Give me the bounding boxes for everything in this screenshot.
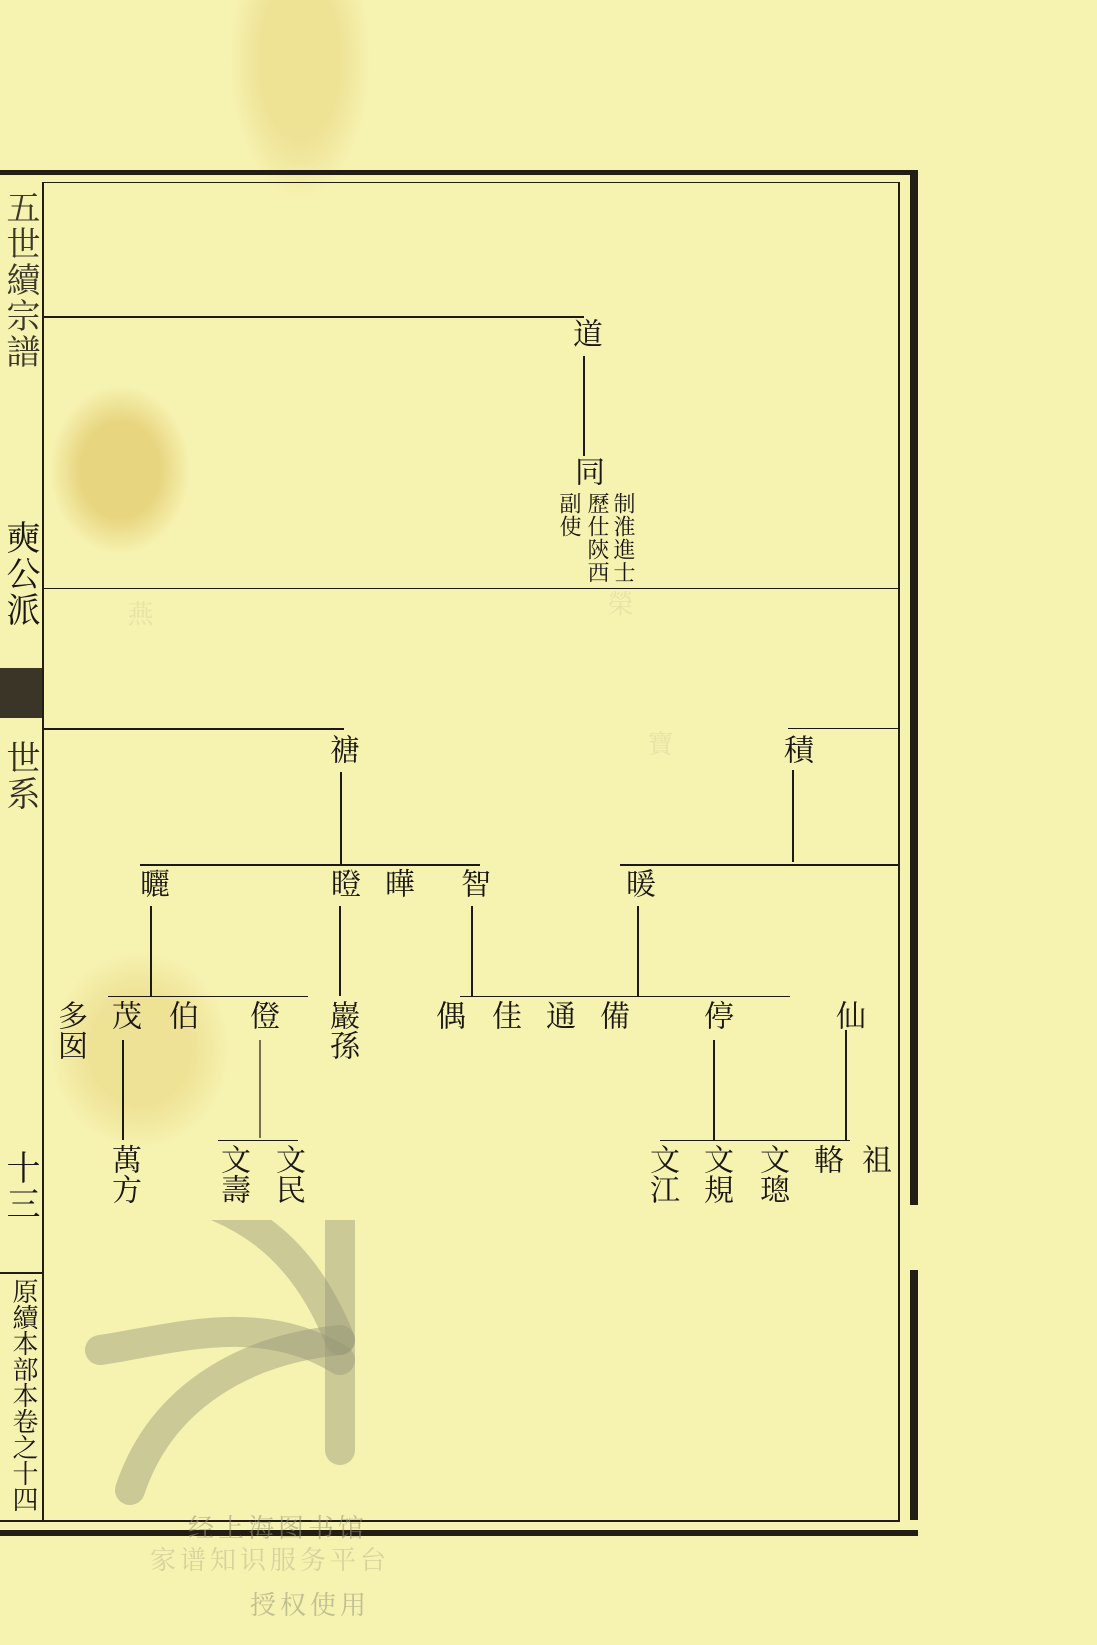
person-dao: 道 xyxy=(567,318,601,348)
frame-inner-bottom xyxy=(0,1520,900,1522)
person-tang: 禟 xyxy=(324,734,358,764)
person-deng: 瞪 xyxy=(325,868,359,898)
bleed-through-glyph: 榮 xyxy=(600,590,637,616)
link-shai xyxy=(150,906,152,996)
frame-inner-right xyxy=(898,182,900,1522)
person-wenmin: 文民 xyxy=(270,1144,304,1204)
gen3-bar-right xyxy=(788,728,898,729)
scanned-page: 五世續宗譜 奭公派 世系 十三 原續本部本卷之十四 燕 榮 寶 道 同 副使 歷… xyxy=(0,0,1097,1645)
link-xian xyxy=(845,1030,847,1140)
person-deng2: 僜 xyxy=(244,1000,278,1030)
link-deng xyxy=(339,906,341,996)
row-divider-1 xyxy=(44,588,900,589)
person-bei: 備 xyxy=(594,1000,628,1030)
person-zhi: 智 xyxy=(455,868,489,898)
gen6-bar-right xyxy=(660,1140,850,1141)
frame-outer-right-lower xyxy=(910,1270,918,1520)
watermark-line3: 授权使用 xyxy=(250,1585,370,1622)
link-ji xyxy=(792,770,794,862)
frame-outer-right xyxy=(910,170,918,1205)
person-ji: 積 xyxy=(778,734,812,764)
link-zhi xyxy=(471,906,473,996)
person-ye: 曄 xyxy=(379,868,413,898)
spine-branch: 奭公派 xyxy=(2,520,38,640)
person-wenshou: 文壽 xyxy=(215,1144,249,1204)
spine-fishtail-block xyxy=(0,668,42,718)
note-tong-1: 副使 xyxy=(556,492,580,538)
person-yansun: 巖孫 xyxy=(324,1000,358,1060)
spine-page-label: 十三 xyxy=(2,1150,38,1230)
gen3-bar-left xyxy=(44,728,344,730)
note-tong-2: 歷仕陝西 xyxy=(584,492,608,584)
watermark-line2: 家谱知识服务平台 xyxy=(150,1540,390,1577)
person-ting: 停 xyxy=(698,1000,732,1030)
link-deng2 xyxy=(259,1040,261,1138)
person-wanfang: 萬方 xyxy=(106,1144,140,1204)
bleed-through-glyph: 寶 xyxy=(640,730,677,756)
gen6-bar-left xyxy=(218,1140,298,1141)
link-dao-tong xyxy=(583,356,585,456)
link-tang xyxy=(340,772,342,864)
person-mao: 茂 xyxy=(106,1000,140,1030)
person-tong: 同 xyxy=(569,456,603,486)
person-zu: 祖 xyxy=(856,1144,890,1174)
library-logo-watermark-icon xyxy=(40,1220,420,1520)
person-duonan: 多囡 xyxy=(52,1000,86,1060)
person-lu: 輅 xyxy=(808,1144,842,1174)
gen5-bar-right xyxy=(460,996,790,997)
person-bo: 伯 xyxy=(163,1000,197,1030)
person-shai: 曬 xyxy=(134,868,168,898)
gen1-bar xyxy=(44,316,584,318)
person-xian: 仙 xyxy=(830,1000,864,1030)
spine-section: 世系 xyxy=(2,740,38,880)
person-ou: 偶 xyxy=(430,1000,464,1030)
link-nuan xyxy=(637,906,639,996)
person-nuan: 暖 xyxy=(620,868,654,898)
spine-divider xyxy=(0,1272,42,1274)
link-ting xyxy=(713,1040,715,1140)
person-tong2: 通 xyxy=(540,1000,574,1030)
frame-inner-top xyxy=(44,182,900,183)
gen5-bar-left xyxy=(108,996,308,997)
note-tong-3: 制淮進士 xyxy=(610,492,634,584)
bleed-through-glyph: 燕 xyxy=(120,600,157,626)
frame-outer-top xyxy=(0,170,918,175)
gen4-bar-right xyxy=(620,864,898,866)
person-wencong: 文璁 xyxy=(754,1144,788,1204)
frame-outer-bottom xyxy=(0,1530,918,1536)
person-wenjiang: 文江 xyxy=(644,1144,678,1204)
person-jia: 佳 xyxy=(486,1000,520,1030)
spine-source-note: 原續本部本卷之十四 xyxy=(2,1278,38,1518)
gen4-bar-left xyxy=(140,864,480,866)
link-mao xyxy=(122,1040,124,1140)
person-wengui: 文規 xyxy=(698,1144,732,1204)
